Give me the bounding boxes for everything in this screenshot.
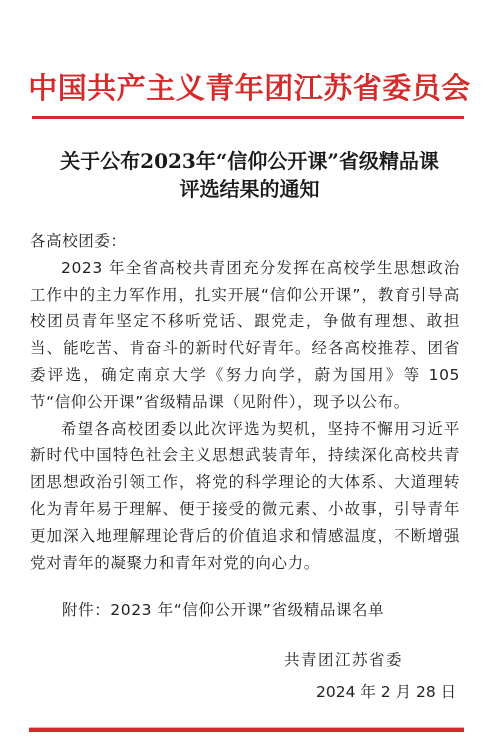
attachment-note: 附件：2023 年“信仰公开课”省级精品课名单 (62, 598, 384, 620)
title-line-2: 评选结果的通知 (0, 175, 499, 203)
document-body: 各高校团委： 2023 年全省高校共青团充分发挥在高校学生思想政治工作中的主力军… (30, 228, 460, 576)
signature-issuer: 共青团江苏省委 (284, 648, 403, 670)
masthead-divider (32, 116, 464, 119)
signature-date: 2024 年 2 月 28 日 (316, 680, 456, 702)
salutation: 各高校团委： (30, 228, 460, 255)
footer-divider (29, 727, 464, 732)
body-paragraph: 2023 年全省高校共青团充分发挥在高校学生思想政治工作中的主力军作用，扎实开展… (30, 255, 460, 416)
body-paragraph: 希望各高校团委以此次评选为契机，坚持不懈用习近平新时代中国特色社会主义思想武装青… (30, 416, 460, 577)
title-line-1: 关于公布2023年“信仰公开课”省级精品课 (0, 147, 499, 175)
issuer-masthead: 中国共产主义青年团江苏省委员会 (0, 66, 499, 107)
document-title: 关于公布2023年“信仰公开课”省级精品课 评选结果的通知 (0, 147, 499, 203)
